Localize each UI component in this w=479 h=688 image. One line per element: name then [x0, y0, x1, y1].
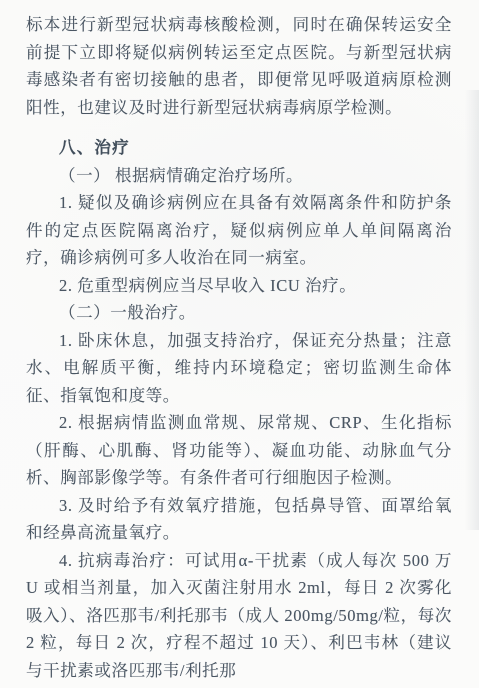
- scan-edge-shadow: [465, 90, 479, 530]
- document-body: 标本进行新型冠状病毒核酸检测，同时在确保转运安全前提下立即将疑似病例转运至定点医…: [26, 11, 452, 684]
- paragraph: 2. 根据病情监测血常规、尿常规、CRP、生化指标（肝酶、心肌酶、肾功能等）、凝…: [26, 409, 452, 492]
- paragraph: 1. 疑似及确诊病例应在具备有效隔离条件和防护条件的定点医院隔离治疗，疑似病例应…: [26, 189, 452, 272]
- paragraph: 2. 危重型病例应当尽早收入 ICU 治疗。: [26, 272, 452, 300]
- paragraph: 4. 抗病毒治疗：可试用α-干扰素（成人每次 500 万 U 或相当剂量，加入灭…: [26, 547, 452, 685]
- paragraph: （一） 根据病情确定治疗场所。: [26, 162, 452, 190]
- paragraph: 3. 及时给予有效氧疗措施，包括鼻导管、面罩给氧和经鼻高流量氧疗。: [26, 492, 452, 547]
- section-heading: 八、治疗: [26, 134, 452, 162]
- document-page: 标本进行新型冠状病毒核酸检测，同时在确保转运安全前提下立即将疑似病例转运至定点医…: [0, 0, 479, 688]
- paragraph: 标本进行新型冠状病毒核酸检测，同时在确保转运安全前提下立即将疑似病例转运至定点医…: [26, 11, 452, 121]
- paragraph: 1. 卧床休息，加强支持治疗，保证充分热量；注意水、电解质平衡，维持内环境稳定；…: [26, 327, 452, 410]
- paragraph: （二）一般治疗。: [26, 299, 452, 327]
